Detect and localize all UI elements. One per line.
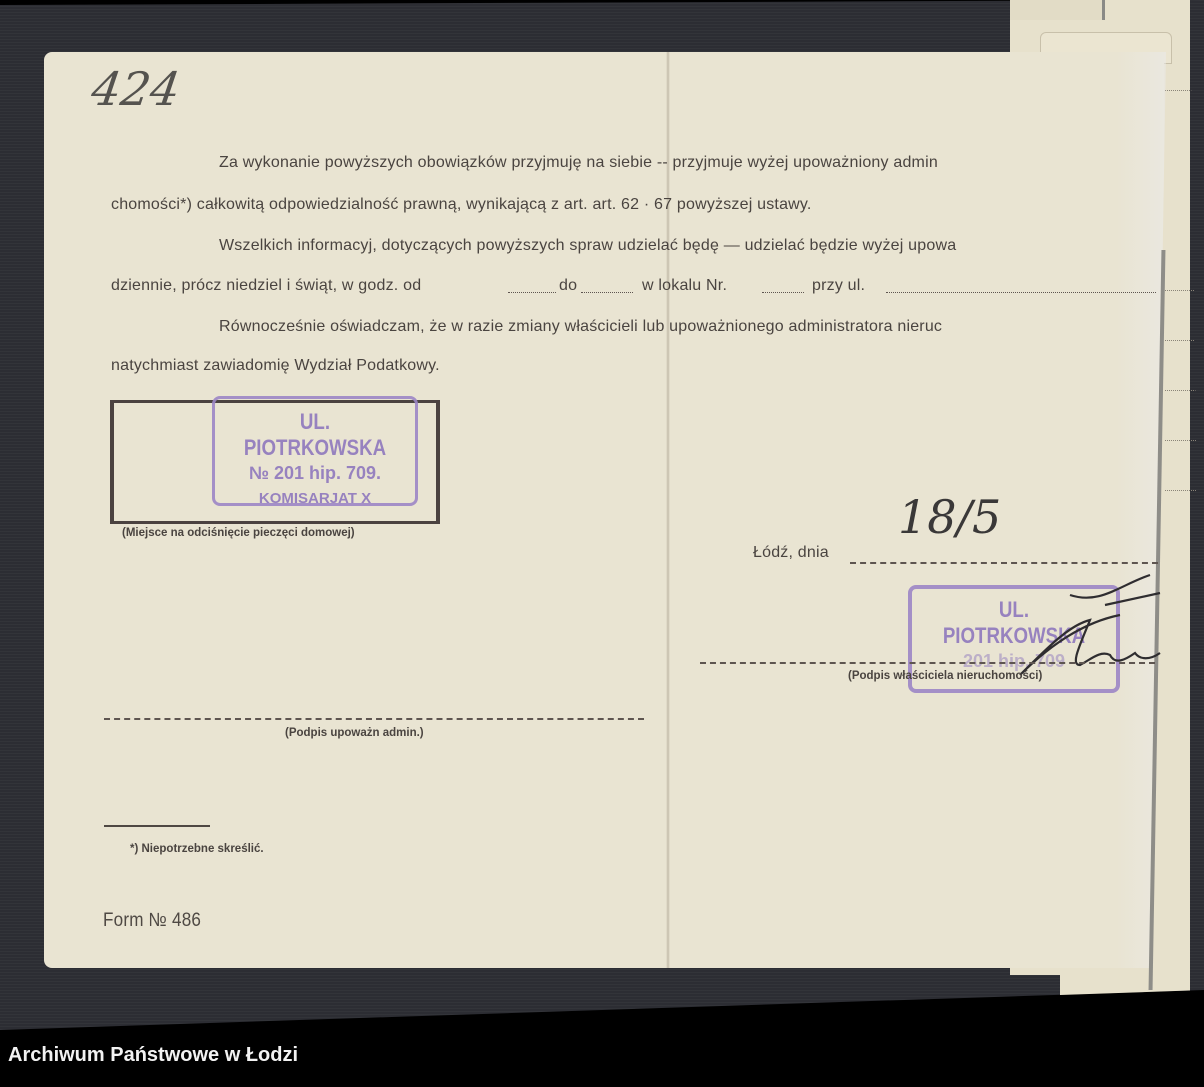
date-label: Łódź, dnia	[753, 544, 829, 562]
paper-fold	[666, 52, 670, 968]
footnote: *) Niepotrzebne skreślić.	[130, 843, 264, 855]
paragraph-3-line-1: Równocześnie oświadczam, że w razie zmia…	[219, 318, 942, 336]
hours-from-field[interactable]	[508, 292, 556, 293]
paragraph-2-line-1: Wszelkich informacyj, dotyczących powyżs…	[219, 237, 956, 255]
underlying-sheet-tab	[1010, 0, 1105, 20]
paragraph-1-line-2: chomości*) całkowitą odpowiedzialność pr…	[111, 196, 812, 214]
street-label: przy ul.	[812, 277, 865, 295]
admin-signature-line[interactable]	[104, 718, 644, 720]
underlying-dotted-line	[1165, 340, 1200, 341]
form-number: Form № 486	[103, 910, 201, 932]
street-field[interactable]	[886, 292, 1156, 293]
paragraph-1-line-1: Za wykonanie powyższych obowiązków przyj…	[219, 154, 938, 172]
premises-number-field[interactable]	[762, 292, 804, 293]
owner-signature-line[interactable]	[700, 662, 1155, 664]
house-stamp-caption: (Miejsce na odciśnięcie pieczęci domowej…	[122, 527, 355, 539]
footnote-rule	[104, 825, 210, 827]
folio-number: 424	[88, 62, 183, 116]
stamp-commissariat: KOMISARJAT X	[215, 490, 415, 507]
paragraph-3-line-2: natychmiast zawiadomię Wydział Podatkowy…	[111, 357, 440, 375]
underlying-dotted-line	[1165, 390, 1200, 391]
house-stamp: UL. PIOTRKOWSKA № 201 hip. 709. KOMISARJ…	[212, 396, 418, 506]
stamp-street: UL. PIOTRKOWSKA	[230, 409, 400, 461]
underlying-dotted-line	[1165, 490, 1200, 491]
underlying-dotted-line	[1165, 440, 1200, 441]
premises-label: w lokalu Nr.	[642, 277, 727, 295]
hours-to-field[interactable]	[581, 292, 633, 293]
owner-signature-caption: (Podpis właściciela nieruchomości)	[848, 670, 1042, 682]
date-handwritten: 18/5	[898, 490, 1001, 544]
date-field-line[interactable]	[850, 562, 1158, 564]
stamp-number: № 201 hip. 709.	[215, 463, 415, 484]
paragraph-2-hours-text: dziennie, prócz niedziel i świąt, w godz…	[111, 277, 421, 295]
owner-signature-scrawl	[1010, 565, 1170, 685]
admin-signature-caption: (Podpis upoważn admin.)	[285, 727, 424, 739]
archive-credit: Archiwum Państwowe w Łodzi	[8, 1044, 298, 1067]
hours-to-label: do	[559, 277, 577, 295]
